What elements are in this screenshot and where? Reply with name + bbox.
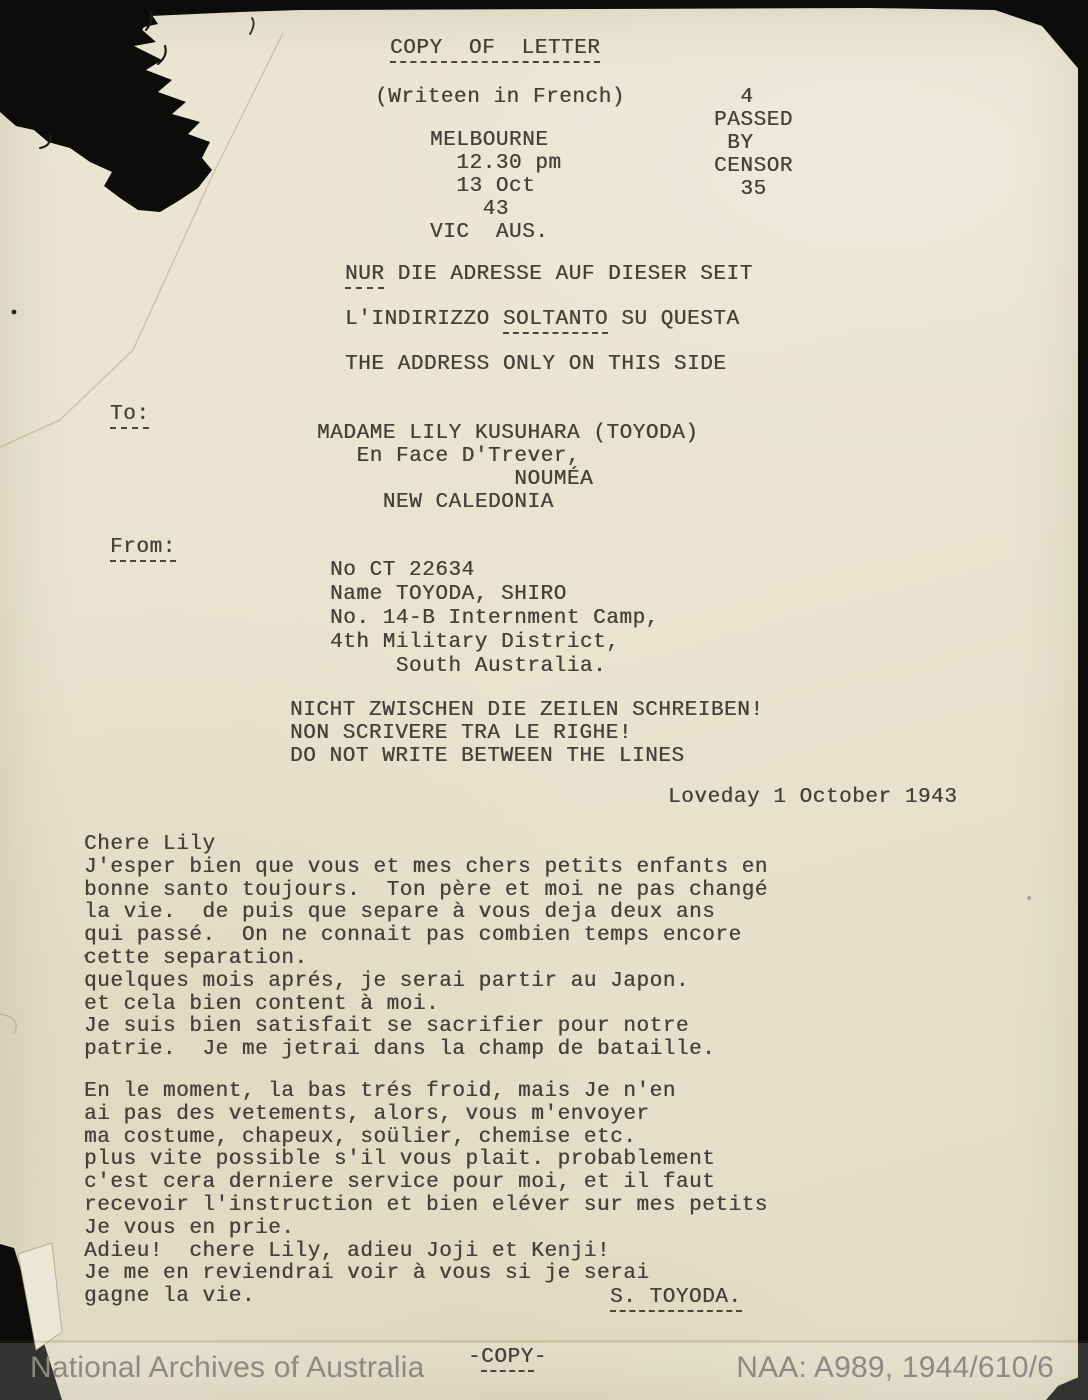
copy-mark-word: COPY — [481, 1346, 534, 1372]
notice-italian: L'INDIRIZZO SOLTANTO SU QUESTA — [345, 309, 740, 332]
document-scan: COPY OF LETTER (Writeen in French) 4 PAS… — [0, 0, 1088, 1400]
letter-title: COPY OF LETTER — [390, 38, 600, 61]
notice-english: THE ADDRESS ONLY ON THIS SIDE — [345, 354, 726, 377]
postmark-block: MELBOURNE 12.30 pm 13 Oct 43 VIC AUS. — [430, 129, 562, 244]
notice-italian-rest: SU QUESTA — [608, 308, 740, 331]
censor-stamp: 4 PASSED BY CENSOR 35 — [714, 86, 793, 201]
to-label: To: — [110, 404, 149, 427]
letter-body-paragraph-2: En le moment, la bas trés froid, mais Je… — [84, 1081, 768, 1309]
signature: S. TOYODA. — [610, 1287, 742, 1310]
to-label-text: To: — [110, 403, 149, 429]
lines-warning: NICHT ZWISCHEN DIE ZEILEN SCHREIBEN! NON… — [290, 699, 763, 768]
archive-watermark-right: NAA: A989, 1944/610/6 — [736, 1351, 1054, 1385]
language-note: (Writeen in French) — [375, 87, 625, 110]
notice-italian-pre: L'INDIRIZZO — [345, 308, 503, 331]
recipient-address: MADAME LILY KUSUHARA (TOYODA) En Face D'… — [317, 422, 698, 514]
copy-mark-prefix: - — [468, 1346, 481, 1369]
notice-german-rest: DIE ADRESSE AUF DIESER SEIT — [384, 263, 752, 286]
archive-watermark-left: National Archives of Australia — [30, 1351, 425, 1385]
copy-mark-suffix: - — [534, 1346, 547, 1369]
signature-text: S. TOYODA. — [610, 1286, 742, 1312]
notice-italian-underlined: SOLTANTO — [503, 308, 608, 334]
sender-address: No CT 22634 Name TOYODA, SHIRO No. 14-B … — [330, 559, 659, 679]
notice-german-underlined: NUR — [345, 263, 384, 289]
letter-body-paragraph-1: Chere Lily J'esper bien que vous et mes … — [84, 834, 768, 1062]
from-label: From: — [110, 537, 176, 560]
copy-mark: -COPY- — [468, 1347, 547, 1370]
from-label-text: From: — [110, 536, 176, 562]
letter-title-text: COPY OF LETTER — [390, 37, 600, 63]
dateline: Loveday 1 October 1943 — [668, 787, 957, 810]
notice-german: NUR DIE ADRESSE AUF DIESER SEIT — [345, 264, 753, 287]
